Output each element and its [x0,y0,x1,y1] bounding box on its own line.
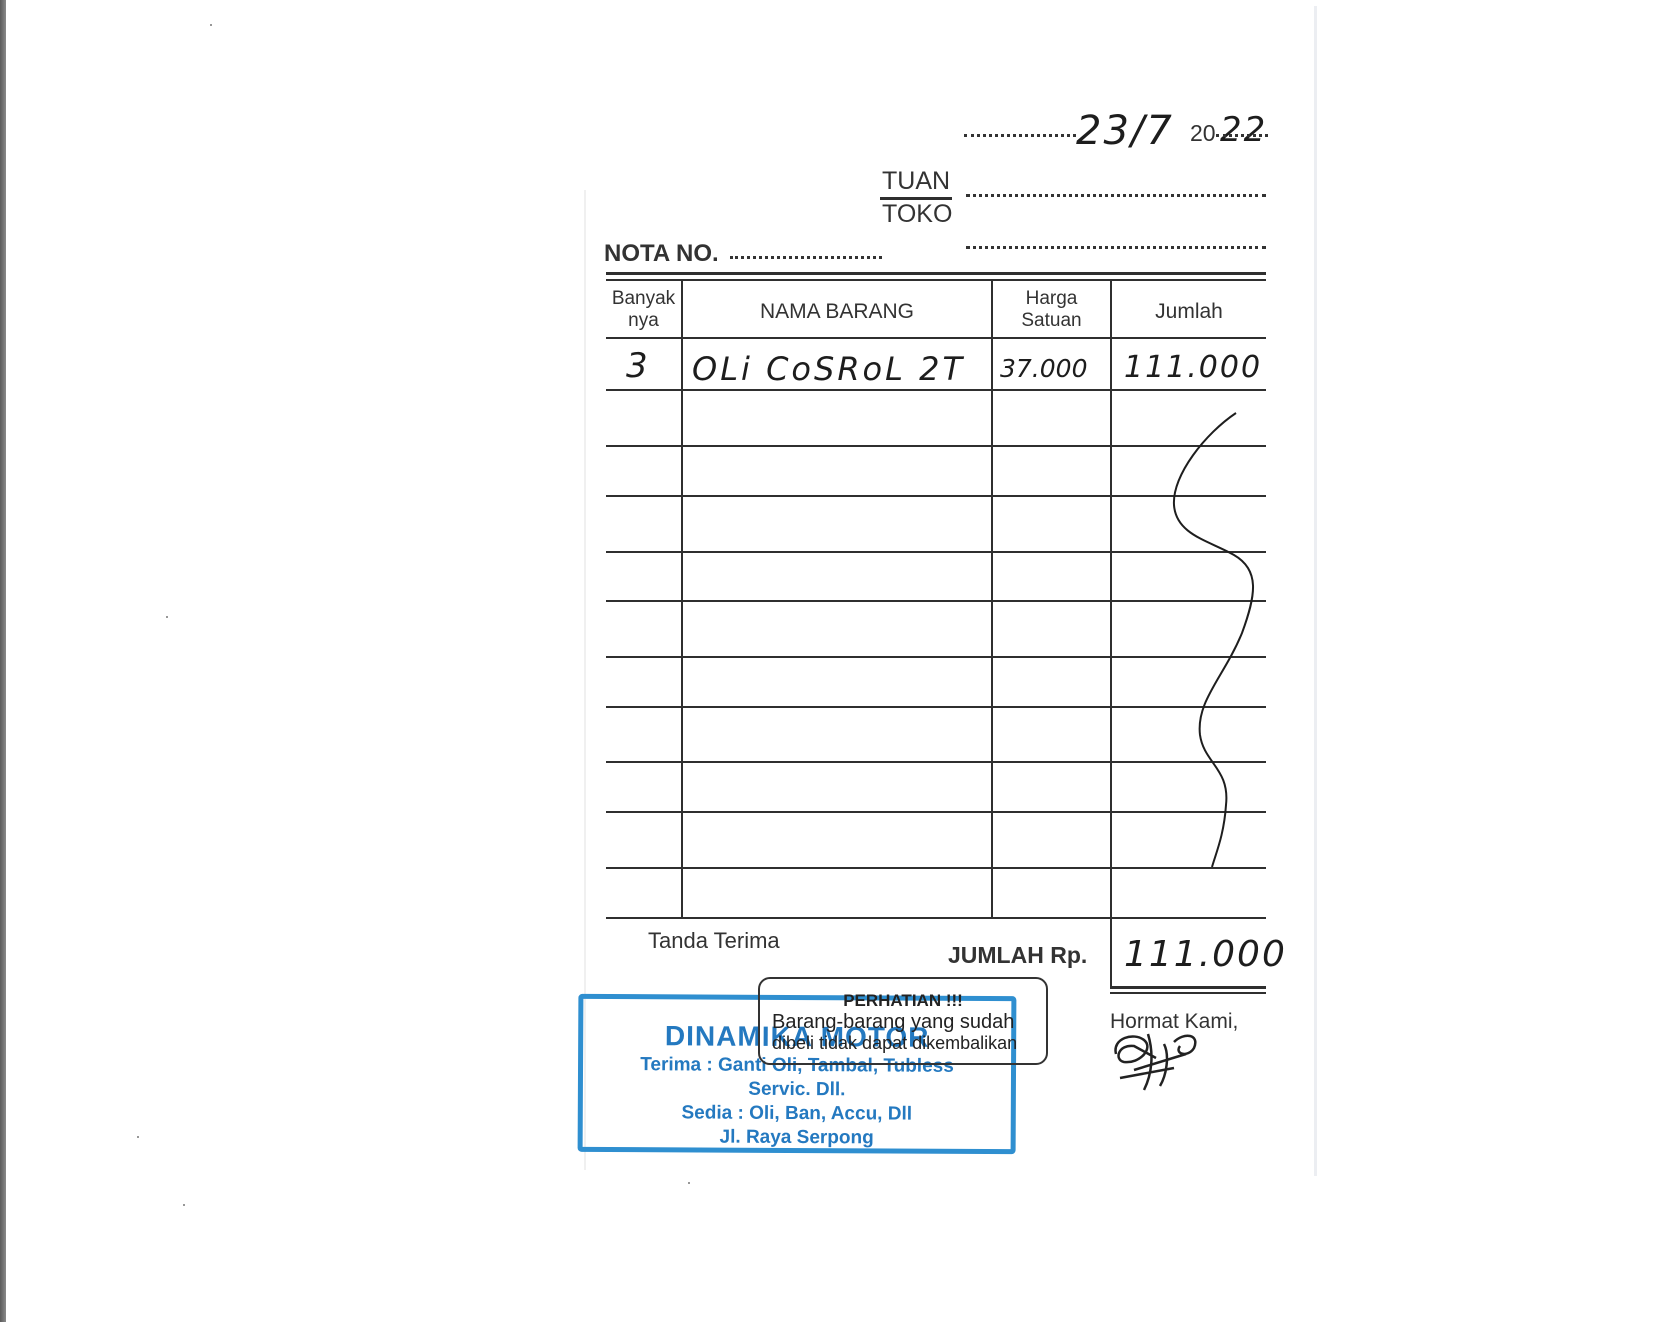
speck [137,1136,139,1138]
speck [183,1204,185,1206]
toko-label: TOKO [882,200,952,229]
header-price: Harga Satuan [993,288,1110,332]
nota-label: NOTA NO. [604,240,719,268]
row-unit-price: 37.000 [1000,354,1087,383]
header-bottom-rule [606,337,1266,339]
date-dots-end [1216,134,1268,137]
header-total: Jumlah [1112,301,1266,323]
date-year: 22 [1220,110,1267,150]
row-rule [606,917,1266,919]
total-rule-2 [1110,992,1266,994]
void-scribble [1150,405,1270,875]
stamp-line-4: Jl. Raya Serpong [583,1125,1011,1151]
row-rule [606,389,1266,391]
jumlah-value: 111.000 [1124,934,1287,975]
speck [166,616,168,618]
notice-title: PERHATIAN !!! [760,991,1046,1011]
header-price-line1: Harga [993,288,1110,310]
signature [1104,1024,1214,1094]
header-qty-line1: Banyak [606,288,681,310]
header-name: NAMA BARANG [683,301,991,323]
col-divider-3 [1110,281,1112,988]
date-dots [964,134,1076,137]
stamp-line-2: Servic. Dll. [583,1077,1011,1103]
table-top-rule [606,272,1266,275]
tuan-label: TUAN [882,167,950,196]
total-rule [1110,986,1266,989]
stamp-line-3: Sedia : Oli, Ban, Accu, Dll [583,1101,1011,1127]
date-handwritten: 23/7 [1076,108,1174,154]
notice-line-2: dibeli tidak dapat dikembalikan [760,1033,1046,1053]
header-qty-line2: nya [606,310,681,332]
notice-line-1: Barang-barang yang sudah [760,1011,1046,1033]
scanner-edge [0,0,6,1322]
row-item-name: OLi CoSRoL 2T [692,350,965,388]
row-amount: 111.000 [1124,350,1262,385]
nota-field [730,256,882,259]
header-qty: Banyak nya [606,288,681,332]
tuan-toko-field [966,194,1266,197]
speck [210,24,212,26]
row-qty: 3 [626,346,650,386]
date-century: 20 [1190,120,1216,147]
speck [688,1182,690,1184]
tanda-terima-label: Tanda Terima [648,928,780,954]
jumlah-label: JUMLAH Rp. [948,942,1087,969]
address-field [966,246,1266,249]
notice-box: PERHATIAN !!! Barang-barang yang sudah d… [758,977,1048,1065]
paper-edge [1314,6,1317,1176]
table-top-rule-2 [606,279,1266,281]
header-price-line2: Satuan [993,310,1110,332]
